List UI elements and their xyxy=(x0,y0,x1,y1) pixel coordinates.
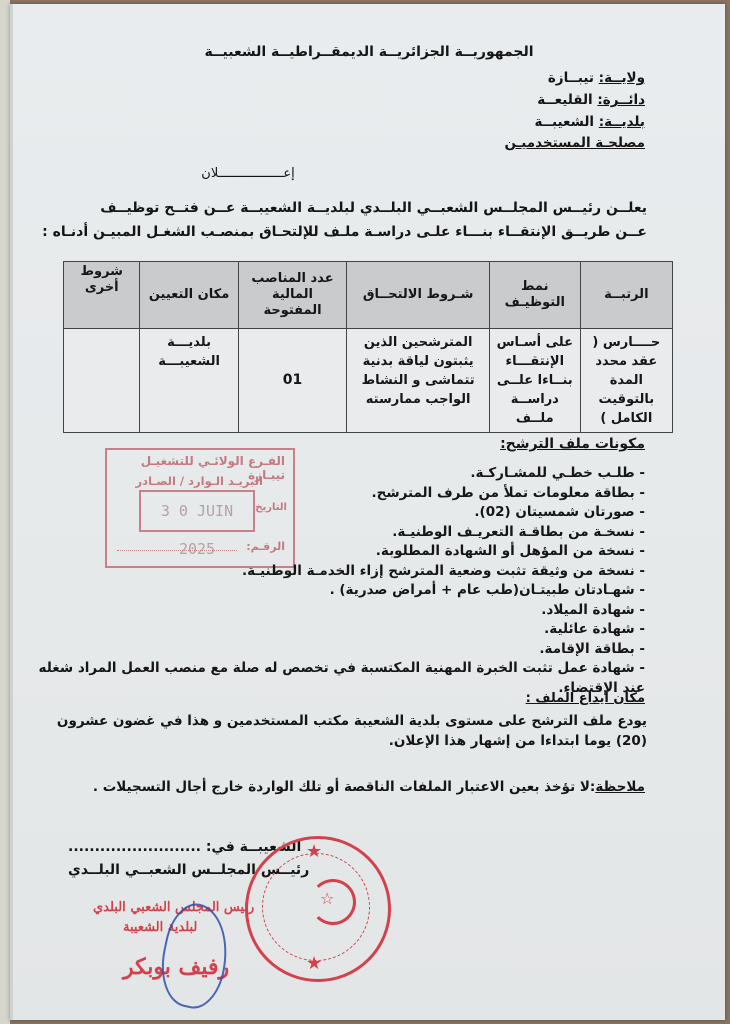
cell-other-conditions xyxy=(64,329,140,433)
daira-label: دائــرة: xyxy=(597,92,645,108)
col-assignment-place: مكان التعيين xyxy=(140,262,238,329)
official-seal: ★ ★ ☆ xyxy=(245,836,391,982)
wilaya-value: تيبــازة xyxy=(548,70,594,86)
jobs-table: الرتبــة نمط التوظيـف شـروط الالتحــاق ع… xyxy=(63,261,673,433)
star-icon: ★ xyxy=(306,841,322,862)
col-other-conditions: شروط أخرى xyxy=(64,262,140,329)
baladia-value: الشعيبــة xyxy=(535,114,595,130)
country-header: الجمهوريــة الجزائريــة الديمقــراطيــة … xyxy=(13,44,725,60)
page-edge xyxy=(0,0,10,1024)
col-grade: الرتبــة xyxy=(580,262,672,329)
list-item: - بطاقة الإقامة. xyxy=(13,640,645,660)
daira-value: القليعــة xyxy=(537,92,592,108)
documents-list: - طلـب خطـي للمشـاركـة. - بطاقة معلومات … xyxy=(13,464,645,698)
list-item: - نسخة من المؤهل أو الشهادة المطلوبة. xyxy=(13,542,645,562)
list-item: - شهادة الميلاد. xyxy=(13,601,645,621)
deposit-title: مكان ايداع الملف : xyxy=(526,691,645,706)
list-item: - شهادة عائلية. xyxy=(13,620,645,640)
note-label: ملاحظة xyxy=(595,779,645,795)
signature-place-date: الشعيبــة في: ......................... xyxy=(68,839,301,855)
baladia-line: بلديــة: الشعيبــة xyxy=(535,114,645,130)
service-name: مصلحـة المستخدميـن xyxy=(504,135,645,151)
intro-line-2: عــن طريــق الإنتقــاء بنـــاء علـى دراس… xyxy=(42,224,647,240)
wilaya-label: ولايــة: xyxy=(599,70,645,86)
cell-recruitment-mode: على أسـاس الإنتقـــاء بنــاءا علــى دراس… xyxy=(489,329,580,433)
list-item: - نسخـة من بطاقـة التعريـف الوطنيـة. xyxy=(13,523,645,543)
list-item: - شهـادتان طبيتـان(طب عام + أمراض صدرية)… xyxy=(13,581,645,601)
daira-line: دائــرة: القليعــة xyxy=(537,92,645,108)
col-recruitment-mode: نمط التوظيـف xyxy=(489,262,580,329)
note-line: ملاحظة:لا تؤخذ بعين الاعتبار الملفات الن… xyxy=(93,779,645,795)
list-item: - بطاقة معلومات تملأ من طرف المترشح. xyxy=(13,484,645,504)
document-page: الجمهوريــة الجزائريــة الديمقــراطيــة … xyxy=(10,4,725,1020)
deposit-text: يودع ملف الترشح على مستوى بلدية الشعيبة … xyxy=(47,711,647,751)
handwritten-signature xyxy=(153,898,237,1013)
col-conditions: شـروط الالتحــاق xyxy=(347,262,490,329)
table-header-row: الرتبــة نمط التوظيـف شـروط الالتحــاق ع… xyxy=(64,262,673,329)
col-positions-count: عدد المناصب المالية المفتوحة xyxy=(238,262,347,329)
signature-stamp-line1: رئيس المجلس الشعبي البلدي xyxy=(93,900,254,915)
note-text: :لا تؤخذ بعين الاعتبار الملفات الناقصة أ… xyxy=(93,779,595,795)
intro-line-1: يعلــن رئيــس المجلــس الشعبــي البلــدي… xyxy=(100,200,647,216)
cell-grade: حــــارس ( عقد محدد المدة بالتوقيت الكام… xyxy=(580,329,672,433)
cell-positions-count: 01 xyxy=(238,329,347,433)
announcement-title: إعـــــــــــــــــلان xyxy=(13,166,483,181)
table-row: حــــارس ( عقد محدد المدة بالتوقيت الكام… xyxy=(64,329,673,433)
star-icon: ★ xyxy=(306,953,322,974)
star-icon: ☆ xyxy=(320,889,334,908)
cell-conditions: المترشحين الذين يثبتون لياقة بدنية تتماش… xyxy=(347,329,490,433)
list-item: - نسخة من وثيقة تثبت وضعية المترشح إزاء … xyxy=(13,562,645,582)
wilaya-line: ولايــة: تيبــازة xyxy=(548,70,645,86)
cell-assignment-place: بلديـــة الشعيبـــة xyxy=(140,329,238,433)
list-item: - صورتان شمسيتان (02). xyxy=(13,503,645,523)
baladia-label: بلديــة: xyxy=(599,114,645,130)
documents-title: مكونات ملف الترشح: xyxy=(500,436,645,452)
list-item: - طلـب خطـي للمشـاركـة. xyxy=(13,464,645,484)
